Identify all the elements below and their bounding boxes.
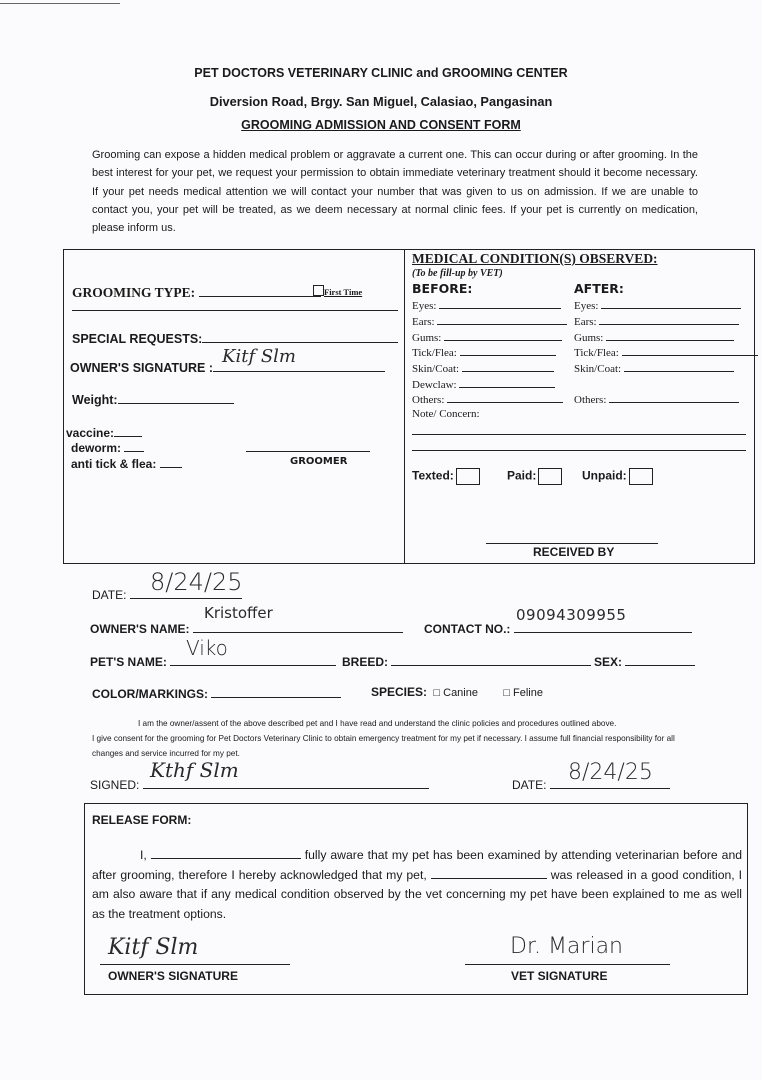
special-requests-label: SPECIAL REQUESTS: [72,332,202,346]
date-label: DATE: [92,588,126,602]
paid-field[interactable]: Paid: [507,468,562,485]
pet-name-handwriting: Viko [186,636,228,660]
deworm-label: deworm: [71,441,121,455]
medical-subtitle: (To be fill-up by VET) [412,268,503,279]
grooming-type-field[interactable]: GROOMING TYPE: [72,284,321,301]
before-row-input[interactable] [460,345,556,356]
groomer-signature-line[interactable] [246,451,370,452]
form-title: GROOMING ADMISSION AND CONSENT FORM [0,118,762,132]
after-row-input[interactable] [599,314,739,325]
texted-field[interactable]: Texted: [412,468,480,485]
first-time-checkbox[interactable]: First Time [313,285,362,297]
feline-label: Feline [513,687,543,699]
before-row[interactable]: Others: [412,392,563,407]
owner-name-handwriting: Kristoffer [204,604,273,622]
before-label: BEFORE: [412,281,472,296]
before-row[interactable]: Gums: [412,330,562,345]
release-pet-name-input[interactable] [431,866,547,879]
before-row-input[interactable] [444,330,562,341]
sex-field[interactable]: SEX: [594,653,695,669]
consent-line-2: I give consent for the grooming for Pet … [92,731,702,761]
before-row-input[interactable] [462,361,554,372]
breed-label: BREED: [342,655,388,669]
paid-label: Paid: [507,469,536,483]
after-row-label: Others: [574,394,606,406]
vet-signature-label: VET SIGNATURE [511,969,607,983]
after-row[interactable]: Ears: [574,314,739,329]
breed-field[interactable]: BREED: [342,653,591,669]
before-row-label: Eyes: [412,300,436,312]
before-row[interactable]: Tick/Flea: [412,345,556,360]
deworm-input[interactable] [124,439,144,452]
before-row-label: Ears: [412,316,435,328]
received-by-line[interactable] [486,543,658,544]
anti-tick-input[interactable] [160,455,182,468]
groomer-label: GROOMER [290,456,347,467]
before-row-label: Dewclaw: [412,379,457,391]
before-row[interactable]: Eyes: [412,298,561,313]
owner-name-field[interactable]: OWNER'S NAME: [90,620,403,636]
after-row[interactable]: Gums: [574,330,734,345]
after-row-label: Eyes: [574,300,598,312]
weight-field[interactable]: Weight: [72,391,234,407]
after-row-label: Ears: [574,316,597,328]
before-row-input[interactable] [447,392,563,403]
first-time-label: First Time [324,287,362,297]
vet-signature-line[interactable] [465,964,670,965]
before-row-label: Tick/Flea: [412,347,457,359]
before-row-input[interactable] [459,377,555,388]
breed-input[interactable] [391,653,591,666]
after-row[interactable]: Skin/Coat: [574,361,734,376]
checkbox-icon[interactable] [313,285,324,296]
received-by-label: RECEIVED BY [533,545,614,559]
contact-handwriting: 09094309955 [516,606,626,624]
consent-date-label: DATE: [512,778,546,792]
after-row-input[interactable] [609,392,739,403]
note-line-1[interactable] [412,434,746,435]
paid-checkbox[interactable] [538,468,562,485]
note-line-2[interactable] [412,450,746,451]
color-markings-field[interactable]: COLOR/MARKINGS: [92,685,341,701]
unpaid-checkbox[interactable] [629,468,653,485]
signed-handwriting: Kthf Slm [150,758,239,782]
after-row-label: Skin/Coat: [574,363,621,375]
after-row[interactable]: Tick/Flea: [574,345,758,360]
vaccine-input[interactable] [114,424,142,437]
note-label: Note/ Concern: [412,408,480,420]
canine-label: Canine [443,687,478,699]
owner-name-label: OWNER'S NAME: [90,622,190,636]
before-row-label: Others: [412,394,444,406]
consent-line-1: I am the owner/assent of the above descr… [92,716,702,731]
pet-name-label: PET'S NAME: [90,655,167,669]
contact-label: CONTACT NO.: [424,622,510,636]
release-owner-signature-line[interactable] [100,964,290,965]
anti-tick-field[interactable]: anti tick & flea: [71,455,182,471]
after-row-input[interactable] [624,361,734,372]
special-requests-input[interactable] [202,330,398,343]
vaccine-label: vaccine: [66,426,114,440]
release-owner-signature-label: OWNER'S SIGNATURE [108,969,238,983]
sex-label: SEX: [594,655,622,669]
before-row-input[interactable] [437,314,567,325]
consent-paragraph: I am the owner/assent of the above descr… [92,716,702,761]
clinic-name: PET DOCTORS VETERINARY CLINIC and GROOMI… [0,66,762,80]
sex-input[interactable] [625,653,695,666]
medical-title: MEDICAL CONDITION(S) OBSERVED: [412,251,658,267]
unpaid-field[interactable]: Unpaid: [582,468,653,485]
before-row-label: Gums: [412,332,441,344]
deworm-field[interactable]: deworm: [71,439,144,455]
anti-tick-label: anti tick & flea: [71,457,156,471]
release-owner-signature-handwriting: Kitf Slm [108,935,198,960]
grooming-type-line-2[interactable] [72,310,398,311]
species-feline-option[interactable]: □ Feline [503,687,543,699]
after-row[interactable]: Others: [574,392,739,407]
date-handwriting: 8/24/25 [150,568,243,596]
owner-signature-label: OWNER'S SIGNATURE : [70,361,213,375]
owner-signature-handwriting: Kitf Slm [222,346,296,367]
before-row-input[interactable] [439,298,561,309]
consent-date-handwriting: 8/24/25 [568,760,653,785]
scan-edge-mark [0,3,120,4]
vaccine-field[interactable]: vaccine: [66,424,142,440]
intro-paragraph: Grooming can expose a hidden medical pro… [92,146,698,237]
after-row-input[interactable] [606,330,734,341]
after-row[interactable]: Eyes: [574,298,741,313]
grooming-type-label: GROOMING TYPE: [72,285,195,300]
after-row-input[interactable] [622,345,758,356]
before-row[interactable]: Skin/Coat: [412,361,554,376]
after-row-label: Gums: [574,332,603,344]
release-owner-name-input[interactable] [151,846,301,859]
color-markings-label: COLOR/MARKINGS: [92,687,208,701]
texted-checkbox[interactable] [456,468,480,485]
species-field: SPECIES: □ Canine □ Feline [371,685,543,699]
clinic-address: Diversion Road, Brgy. San Miguel, Calasi… [0,94,762,109]
color-markings-input[interactable] [211,685,341,698]
after-row-label: Tick/Flea: [574,347,619,359]
weight-input[interactable] [118,391,234,404]
signed-field[interactable]: SIGNED: [90,776,429,792]
species-canine-option[interactable]: □ Canine [430,687,478,699]
weight-label: Weight: [72,393,118,407]
signed-label: SIGNED: [90,778,139,792]
unpaid-label: Unpaid: [582,469,627,483]
special-requests-field[interactable]: SPECIAL REQUESTS: [72,330,398,346]
release-title: RELEASE FORM: [92,813,191,827]
before-row[interactable]: Dewclaw: [412,377,555,392]
release-i: I, [92,848,147,862]
before-row[interactable]: Ears: [412,314,567,329]
after-row-input[interactable] [601,298,741,309]
texted-label: Texted: [412,469,454,483]
vet-signature-handwriting: Dr. Marian [510,934,623,959]
before-row-label: Skin/Coat: [412,363,459,375]
grooming-type-input[interactable] [199,284,321,297]
species-label: SPECIES: [371,685,427,699]
release-paragraph: I, fully aware that my pet has been exam… [92,846,742,924]
after-label: AFTER: [574,281,624,296]
